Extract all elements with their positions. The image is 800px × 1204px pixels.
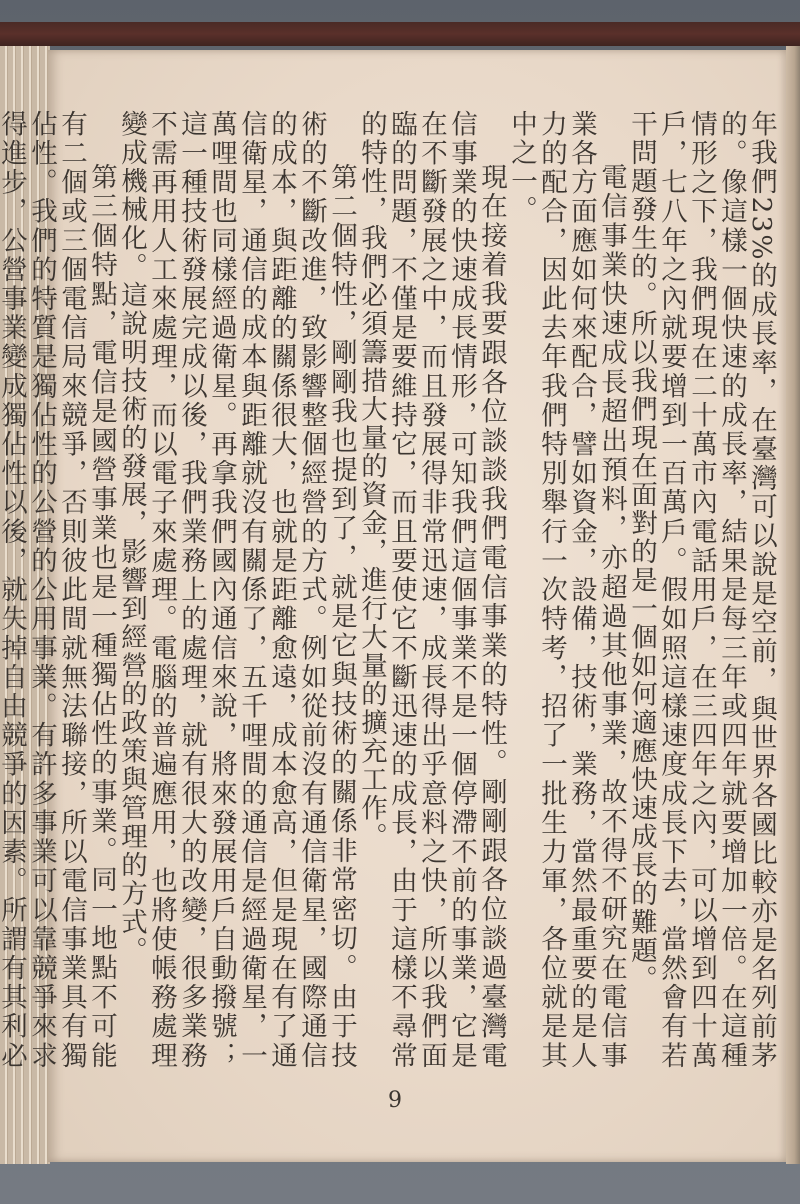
- photo-scene: 年我們23%的成長率，在臺灣可以說是空前，與世界各國比較亦是名列前茅的。像這樣一…: [0, 0, 800, 1204]
- paragraph-5: 第三個特點，電信是國營事業也是一種獨佔性的事業。同一地點不可能有二個或三個電信局…: [0, 110, 116, 1070]
- paragraph-1: 年我們23%的成長率，在臺灣可以說是空前，與世界各國比較亦是名列前茅的。像這樣一…: [626, 110, 776, 1070]
- paragraph-2: 電信事業快速成長超出預料，亦超過其他事業，故不得不研究在電信事業各方面應如何來配…: [506, 110, 626, 1070]
- paragraph-4: 第二個特性，剛剛我也提到了，就是它與技術的關係非常密切。由于技術的不斷改進，致影…: [116, 110, 356, 1070]
- paragraph-3: 現在接着我要跟各位談談我們電信事業的特性。剛剛跟各位談過臺灣電信事業的快速成長情…: [356, 110, 506, 1070]
- page-number: 9: [388, 1088, 402, 1113]
- book-cover-edge: [0, 22, 800, 46]
- book-spine-edge: [786, 46, 800, 1164]
- vertical-text-body: 年我們23%的成長率，在臺灣可以說是空前，與世界各國比較亦是名列前茅的。像這樣一…: [96, 110, 776, 1070]
